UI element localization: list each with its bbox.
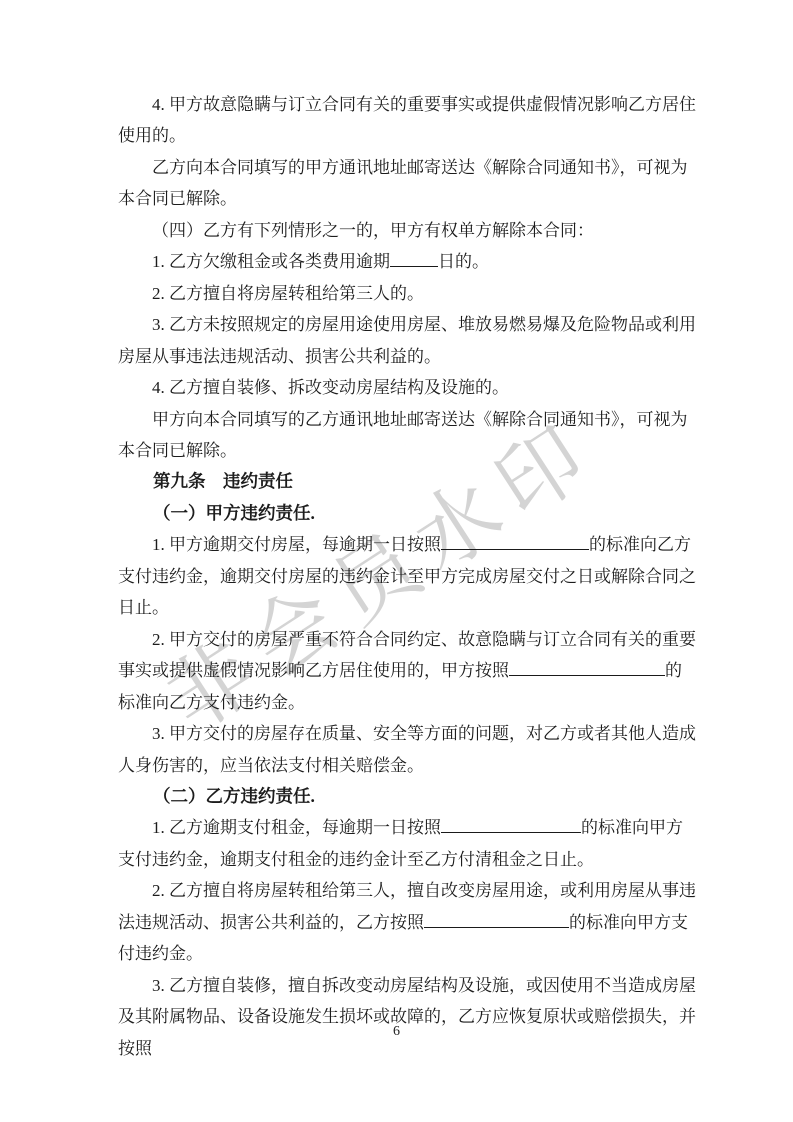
paragraph-text: 1. 乙方逾期支付租金，每逾期一日按照 (152, 818, 441, 837)
paragraph: 甲方向本合同填写的乙方通讯地址邮寄送达《解除合同通知书》，可视为本合同已解除。 (118, 404, 696, 467)
paragraph-text: 1. 乙方欠缴租金或各类费用逾期 (152, 252, 390, 271)
paragraph: 1. 甲方逾期交付房屋，每逾期一日按照的标准向乙方支付违约金，逾期交付房屋的违约… (118, 529, 696, 623)
fill-in-blank (390, 249, 438, 267)
paragraph-text: 3. 甲方交付的房屋存在质量、安全等方面的问题，对乙方或者其他人造成人身伤害的，… (118, 724, 696, 774)
section-heading: （二）乙方违约责任. (118, 781, 696, 812)
paragraph-text: 3. 乙方未按照规定的房屋用途使用房屋、堆放易燃易爆及危险物品或利用房屋从事违法… (118, 315, 696, 365)
fill-in-blank (509, 658, 665, 676)
paragraph: 3. 乙方未按照规定的房屋用途使用房屋、堆放易燃易爆及危险物品或利用房屋从事违法… (118, 309, 696, 372)
paragraph: 2. 甲方交付的房屋严重不符合合同约定、故意隐瞒与订立合同有关的重要事实或提供虚… (118, 624, 696, 718)
paragraph: 3. 甲方交付的房屋存在质量、安全等方面的问题，对乙方或者其他人造成人身伤害的，… (118, 718, 696, 781)
paragraph: 1. 乙方欠缴租金或各类费用逾期日的。 (118, 246, 696, 277)
paragraph: 乙方向本合同填写的甲方通讯地址邮寄送达《解除合同通知书》，可视为本合同已解除。 (118, 152, 696, 215)
paragraph-text: 4. 甲方故意隐瞒与订立合同有关的重要事实或提供虚假情况影响乙方居住使用的。 (118, 95, 696, 145)
fill-in-blank (441, 532, 589, 550)
page-number: 6 (0, 1024, 793, 1040)
paragraph-text: 第九条 违约责任 (153, 471, 293, 491)
paragraph: （四）乙方有下列情形之一的，甲方有权单方解除本合同： (118, 215, 696, 246)
fill-in-blank (441, 815, 581, 833)
paragraph: 1. 乙方逾期支付租金，每逾期一日按照的标准向甲方支付违约金，逾期支付租金的违约… (118, 812, 696, 875)
fill-in-blank (424, 910, 569, 928)
paragraph-text: （二）乙方违约责任. (153, 786, 315, 806)
paragraph: 4. 甲方故意隐瞒与订立合同有关的重要事实或提供虚假情况影响乙方居住使用的。 (118, 89, 696, 152)
paragraph-text: 4. 乙方擅自装修、拆改变动房屋结构及设施的。 (152, 378, 509, 397)
paragraph-text: 1. 甲方逾期交付房屋，每逾期一日按照 (152, 535, 441, 554)
paragraph-text: 2. 乙方擅自将房屋转租给第三人的。 (152, 284, 424, 303)
paragraph-text: 乙方向本合同填写的甲方通讯地址邮寄送达《解除合同通知书》，可视为本合同已解除。 (118, 158, 688, 208)
paragraph-text: 日的。 (438, 252, 489, 271)
paragraph: 3. 乙方擅自装修，擅自拆改变动房屋结构及设施，或因使用不当造成房屋及其附属物品… (118, 970, 696, 1064)
paragraph: 2. 乙方擅自将房屋转租给第三人，擅自改变房屋用途，或利用房屋从事违法违规活动、… (118, 875, 696, 969)
paragraph-text: （四）乙方有下列情形之一的，甲方有权单方解除本合同： (152, 221, 594, 240)
paragraph-text: （一）甲方违约责任. (153, 503, 315, 523)
contract-page: 非会员水印 4. 甲方故意隐瞒与订立合同有关的重要事实或提供虚假情况影响乙方居住… (0, 0, 793, 1122)
paragraph-text: 甲方向本合同填写的乙方通讯地址邮寄送达《解除合同通知书》，可视为本合同已解除。 (118, 410, 688, 460)
document-body: 4. 甲方故意隐瞒与订立合同有关的重要事实或提供虚假情况影响乙方居住使用的。乙方… (118, 89, 696, 1064)
paragraph-text: 3. 乙方擅自装修，擅自拆改变动房屋结构及设施，或因使用不当造成房屋及其附属物品… (118, 976, 696, 1058)
paragraph: 4. 乙方擅自装修、拆改变动房屋结构及设施的。 (118, 372, 696, 403)
paragraph: 2. 乙方擅自将房屋转租给第三人的。 (118, 278, 696, 309)
section-heading: （一）甲方违约责任. (118, 498, 696, 529)
section-heading: 第九条 违约责任 (118, 466, 696, 497)
